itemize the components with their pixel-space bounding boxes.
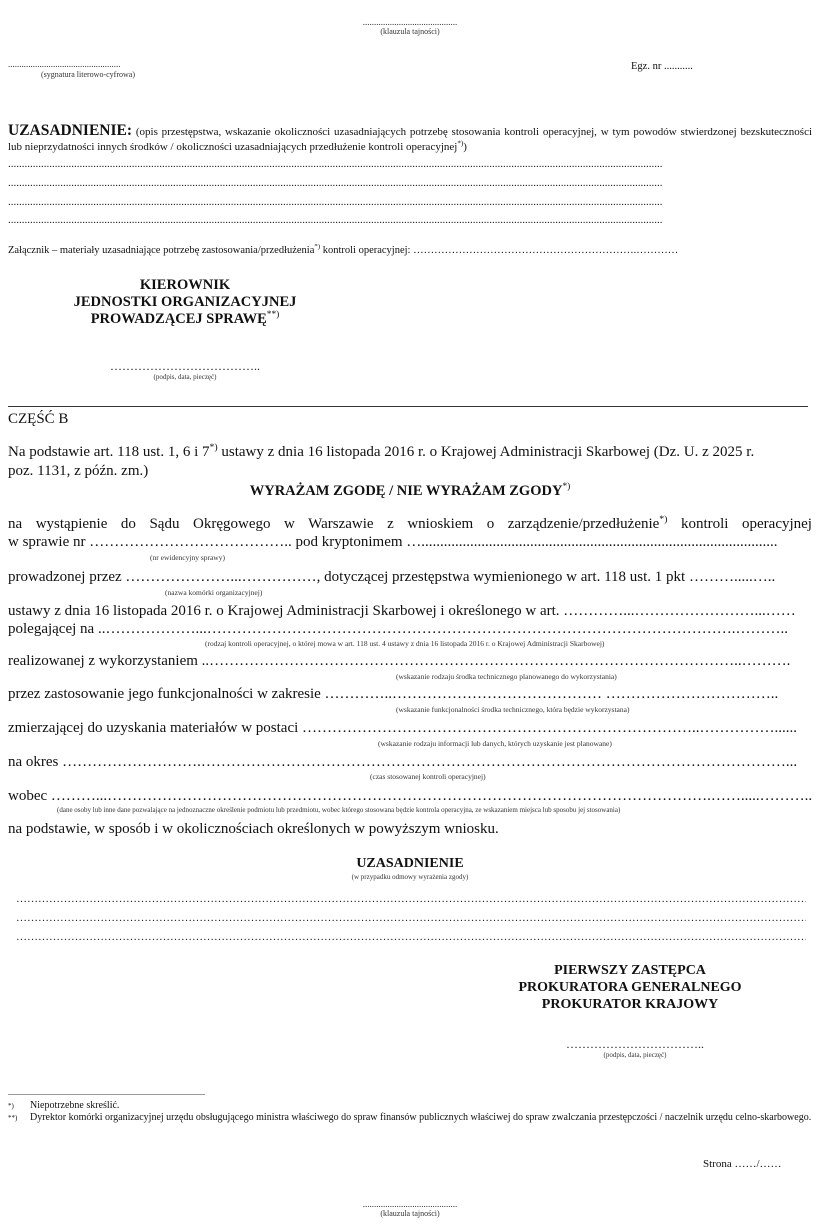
refusal-justification-caption: (w przypadku odmowy wyrażenia zgody) [8, 872, 812, 882]
classification-dots[interactable]: ........................................… [310, 18, 510, 27]
technical-means-caption: (wskazanie rodzaju środka technicznego p… [396, 672, 617, 681]
article-field[interactable]: ustawy z dnia 16 listopada 2016 r. o Kra… [8, 602, 812, 620]
footer-classification-dots[interactable]: ........................................… [320, 1200, 500, 1209]
footnote-separator [8, 1094, 205, 1095]
application-intro: na wystąpienie do Sądu Okręgowego w Wars… [8, 515, 812, 533]
footnote-1: *) Niepotrzebne skreślić. [8, 1100, 812, 1112]
signature-block: ........................................… [8, 60, 168, 80]
signature-caption: (sygnatura literowo-cyfrowa) [8, 69, 168, 80]
justification-line-1[interactable]: ........................................… [8, 158, 812, 170]
justification-line-4[interactable]: ........................................… [8, 214, 812, 226]
attachment-line[interactable]: Załącznik – materiały uzasadniające potr… [8, 244, 812, 257]
prosecutor-signature: …………………………….. (podpis, data, pieczęć) [520, 1038, 750, 1060]
legal-basis: Na podstawie art. 118 ust. 1, 6 i 7*) us… [8, 443, 812, 481]
classification-clause-bottom: ........................................… [320, 1200, 500, 1219]
conducted-by-field[interactable]: prowadzonej przez …………………...……………, dotyc… [8, 568, 812, 586]
case-number-field[interactable]: w sprawie nr ………………………………….. pod krypton… [8, 533, 812, 551]
control-type-caption: (rodzaj kontroli operacyjnej, o której m… [205, 639, 604, 648]
footnote-2: **) Dyrektor komórki organizacyjnej urzę… [8, 1112, 812, 1124]
justification-intro: UZASADNIENIE: (opis przestępstwa, wskaza… [8, 123, 812, 155]
justification-line-2[interactable]: ........................................… [8, 177, 812, 189]
refusal-justification-title: UZASADNIENIE [8, 855, 812, 872]
materials-caption: (wskazanie rodzaju informacji lub danych… [378, 739, 612, 748]
consent-heading[interactable]: WYRAŻAM ZGODĘ / NIE WYRAŻAM ZGODY*) [8, 482, 812, 500]
functionality-field[interactable]: przez zastosowanie jego funkcjonalności … [8, 685, 812, 703]
case-number-caption: (nr ewidencyjny sprawy) [150, 553, 225, 562]
closing-statement: na podstawie, w sposób i w okolicznościa… [8, 820, 812, 838]
page-number: Strona ……/…… [703, 1158, 782, 1170]
justification-title: UZASADNIENIE: [8, 122, 132, 139]
technical-means-field[interactable]: realizowanej z wykorzystaniem ..……………………… [8, 652, 812, 670]
refusal-line-3[interactable]: …………………………………………………………………………………………………………… [16, 931, 806, 943]
unit-head-title: KIEROWNIK JEDNOSTKI ORGANIZACYJNEJ PROWA… [50, 277, 320, 328]
prosecutor-title: PIERWSZY ZASTĘPCA PROKURATORA GENERALNEG… [470, 962, 790, 1013]
conducted-by-caption: (nazwa komórki organizacyjnej) [165, 588, 262, 597]
prosecutor-signature-dots[interactable]: …………………………….. [520, 1038, 750, 1050]
copy-number[interactable]: Egz. nr ........... [631, 60, 693, 74]
classification-caption: (klauzula tajności) [310, 27, 510, 37]
unit-head-signature: ……………………………….. (podpis, data, pieczęć) [80, 360, 290, 382]
functionality-caption: (wskazanie funkcjonalności środka techni… [396, 705, 629, 714]
materials-field[interactable]: zmierzającej do uzyskania materiałów w p… [8, 719, 812, 737]
refusal-line-1[interactable]: …………………………………………………………………………………………………………… [16, 893, 806, 905]
subject-field[interactable]: wobec ………...…………………………………………………………………………… [8, 787, 812, 805]
refusal-line-2[interactable]: …………………………………………………………………………………………………………… [16, 912, 806, 924]
unit-head-signature-caption: (podpis, data, pieczęć) [80, 372, 290, 382]
justification-line-3[interactable]: ........................................… [8, 196, 812, 208]
period-caption: (czas stosowanej kontroli operacyjnej) [370, 772, 486, 781]
section-divider [8, 406, 808, 407]
period-field[interactable]: na okres ……………………….………………………………………………………… [8, 753, 812, 771]
classification-clause-top: ........................................… [310, 18, 510, 37]
subject-caption: (dane osoby lub inne dane pozwalające na… [57, 806, 620, 814]
footnotes: *) Niepotrzebne skreślić. **) Dyrektor k… [8, 1100, 812, 1124]
unit-head-signature-dots[interactable]: ……………………………….. [80, 360, 290, 372]
prosecutor-signature-caption: (podpis, data, pieczęć) [520, 1050, 750, 1060]
control-type-field[interactable]: polegającej na ..………………...……………………………………… [8, 620, 812, 638]
part-b-heading: CZĘŚĆ B [8, 410, 68, 428]
footer-classification-caption: (klauzula tajności) [320, 1209, 500, 1219]
signature-dots[interactable]: ........................................… [8, 60, 168, 69]
